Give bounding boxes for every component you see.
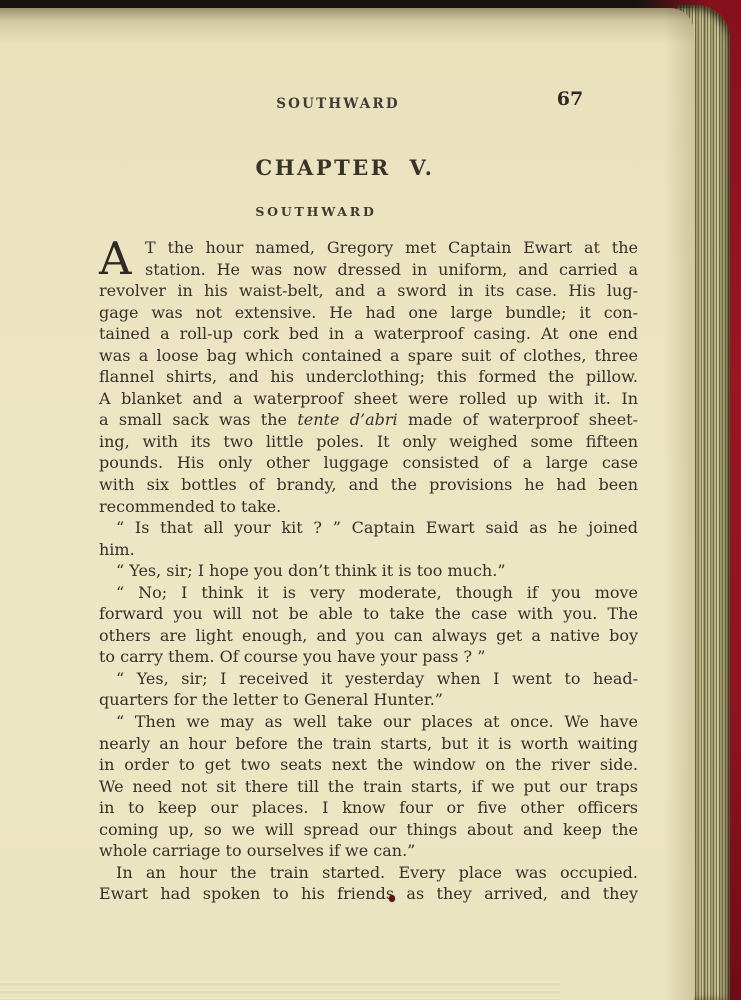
paragraph: “ Is that all your kit ? ” Captain Ewart… [99,517,638,560]
paragraph: “ Yes, sir; I hope you don’t think it is… [99,560,638,582]
text-line: revolver in his waist-belt, and a sword … [99,280,638,302]
paragraph: In an hour the train started. Every plac… [99,862,638,905]
text-line: whole carriage to ourselves if we can.” [99,840,638,862]
running-header: SOUTHWARD [250,96,426,112]
text-line: pounds. His only other luggage consisted… [99,452,638,474]
text-line: recommended to take. [99,496,638,518]
text-line: gage was not extensive. He had one large… [99,302,638,324]
text-line: tained a roll-up cork bed in a waterproo… [99,323,638,345]
paragraph: “ Then we may as well take our places at… [99,711,638,862]
text-line: “ Yes, sir; I received it yesterday when… [99,668,638,690]
text-line: with six bottles of brandy, and the prov… [99,474,638,496]
book-page: SOUTHWARD 67 CHAPTER V. SOUTHWARD AT the… [0,8,694,1000]
text-line: “ Then we may as well take our places at… [99,711,638,733]
paragraph: T the hour named, Gregory met Captain Ew… [99,237,638,517]
text-line: “ Is that all your kit ? ” Captain Ewart… [99,517,638,539]
text-line: him. [99,539,638,561]
text-line: coming up, so we will spread our things … [99,819,638,841]
chapter-title: CHAPTER V. [225,155,465,180]
paragraph: “ Yes, sir; I received it yesterday when… [99,668,638,711]
body-text: AT the hour named, Gregory met Captain E… [99,237,638,905]
chapter-subtitle: SOUTHWARD [230,204,402,219]
text-line: to carry them. Of course you have your p… [99,646,638,668]
text-line: T the hour named, Gregory met Captain Ew… [145,237,638,259]
page-number: 67 [548,88,592,110]
text-line: A blanket and a waterproof sheet were ro… [99,388,638,410]
paragraph: “ No; I think it is very moderate, thoug… [99,582,638,668]
text-line: in to keep our places. I know four or fi… [99,797,638,819]
text-line: Ewart had spoken to his friends as they … [99,883,638,905]
ink-speck-artifact [389,895,395,902]
text-line: “ No; I think it is very moderate, thoug… [99,582,638,604]
text-line: forward you will not be able to take the… [99,603,638,625]
text-line: nearly an hour before the train starts, … [99,733,638,755]
book-photo: SOUTHWARD 67 CHAPTER V. SOUTHWARD AT the… [0,0,741,1000]
text-line: quarters for the letter to General Hunte… [99,689,638,711]
text-line: a small sack was the tente d’abri made o… [99,409,638,431]
text-line: “ Yes, sir; I hope you don’t think it is… [99,560,638,582]
text-line: station. He was now dressed in uniform, … [145,259,638,281]
text-line: was a loose bag which contained a spare … [99,345,638,367]
text-line: in order to get two seats next the windo… [99,754,638,776]
text-line: We need not sit there till the train sta… [99,776,638,798]
text-line: others are light enough, and you can alw… [99,625,638,647]
photo-top-band [0,0,708,8]
text-line: ing, with its two little poles. It only … [99,431,638,453]
page-curl-streaks [0,981,560,1000]
drop-cap: A [99,237,132,280]
text-line: flannel shirts, and his underclothing; t… [99,366,638,388]
text-line: In an hour the train started. Every plac… [99,862,638,884]
